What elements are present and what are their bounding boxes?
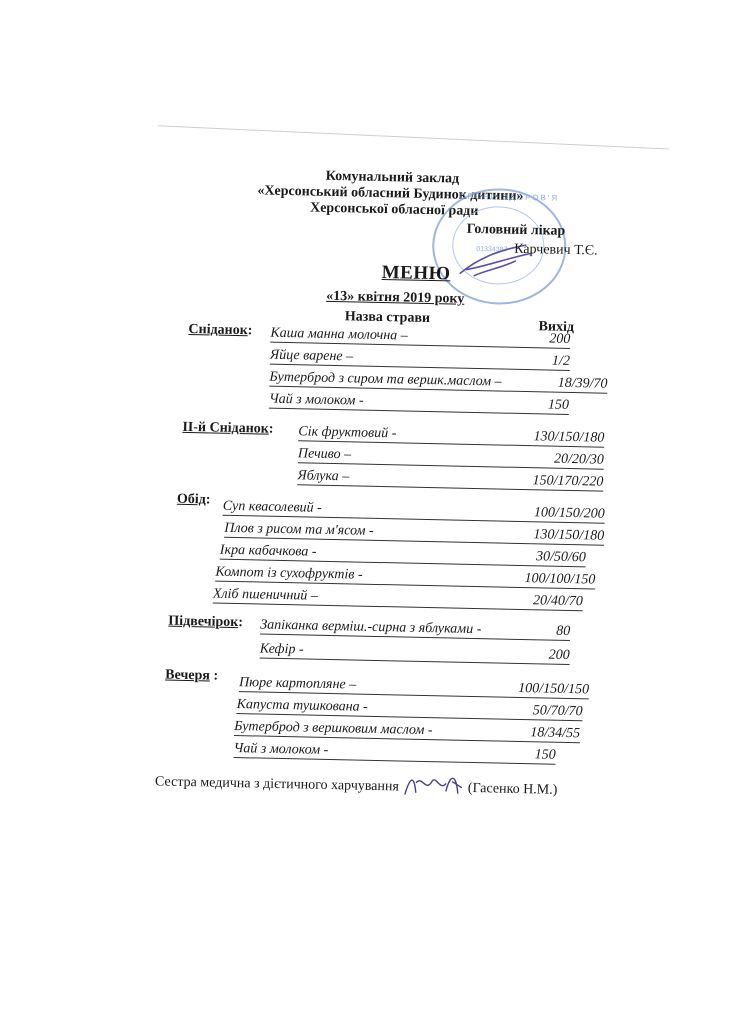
menu-row: Запіканка верміш.-сирна з яблуками -80 <box>260 616 570 641</box>
meal-label-second-breakfast: ІІ-й Сніданок: <box>182 420 273 438</box>
page-title: МЕНЮ <box>381 262 450 285</box>
nurse-signature-icon <box>402 771 465 800</box>
footer-name: (Гасенко Н.М.) <box>468 781 558 798</box>
approve-title: Головний лікар <box>466 222 565 240</box>
menu-row: Печиво –20/20/30 <box>298 444 604 469</box>
meal-label-afternoon-snack: Підвечірок: <box>168 614 243 632</box>
stamp-ring-text: ОРОНИ ЗДОРОВ'Я <box>459 192 559 203</box>
menu-row: Каша манна молочна –200 <box>270 324 570 349</box>
menu-row: Чай з молоком -150 <box>269 390 569 415</box>
meal-label-dinner: Вечеря : <box>165 668 218 685</box>
menu-row: Чай з молоком -150 <box>234 739 556 765</box>
footer-signature-line: Сестра медична з дієтичного харчування (… <box>155 765 558 801</box>
column-header-dish: Назва страви <box>345 309 431 327</box>
menu-document: Комунальний заклад «Херсонський обласний… <box>0 0 745 1024</box>
footer-role: Сестра медична з дієтичного харчування <box>155 774 399 794</box>
menu-date: «13» квітня 2019 року <box>326 289 465 308</box>
meal-label-lunch: Обід: <box>177 492 211 509</box>
menu-row: Яблука –150/170/220 <box>297 466 603 491</box>
meal-label-breakfast: Сніданок: <box>188 322 252 339</box>
scan-edge-line <box>158 125 670 149</box>
menu-row: Сік фруктовий -130/150/180 <box>298 422 604 447</box>
menu-row: Яйце варене –1/2 <box>270 346 570 371</box>
approve-name: Карчевич Т.Є. <box>514 242 598 260</box>
menu-row: Кефір -200 <box>260 640 570 665</box>
menu-row: Хліб пшеничний –20/40/70 <box>213 585 583 612</box>
